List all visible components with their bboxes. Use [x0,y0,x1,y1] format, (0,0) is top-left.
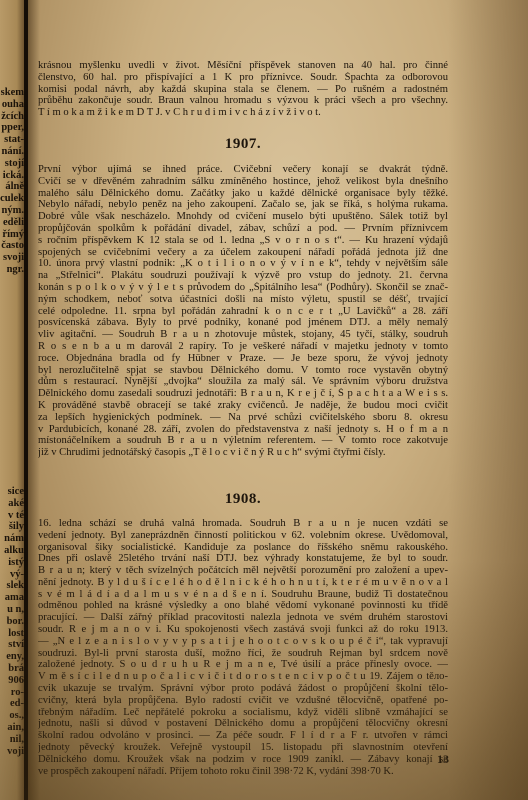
left-page-word-fragment: nám [4,533,24,545]
text-line: Nebylo nářadí, nebylo peněz na jeho zako… [38,199,448,211]
text-line: cvičny, která byla propůjčena. Bylo rado… [38,695,448,707]
left-page-word-fragment: bor. [4,616,24,628]
text-line: za lepších hygienických podmínek. — Na p… [38,412,448,424]
left-page-word-fragment: istý [4,557,24,569]
left-page-fragment-top: skemouhažcíchpper,stat-nání.stojíická.ál… [0,87,24,276]
left-page-word-fragment: často [0,240,24,252]
left-page-word-fragment: voji [4,746,24,758]
page-number: 13 [437,752,449,767]
left-page-word-fragment: svoji [0,252,24,264]
left-page-word-fragment: lost [4,628,24,640]
text-line: místonáčelníkem a soudruh B r a u n výle… [38,435,448,447]
text-line: cvik ukazuje se trvalým. Správní výbor p… [38,683,448,695]
left-page-word-fragment: eny, [4,651,24,663]
text-line: s v é m l á d í a d a l m u s v é n a d … [38,589,448,601]
text-line: vedení jednoty. Byl zaneprázdněn činnost… [38,530,448,542]
text-line: jednotu, našli si důvod v postavení Děln… [38,718,448,730]
section-1907-paragraph: První výbor ujímá se ihned práce. Cvičeb… [38,164,448,459]
text-line: v Pardubicích, konané 28. září, zvolen d… [38,424,448,436]
text-line: dům s restaurací. Nynější „dvojka“ slouž… [38,376,448,388]
section-1908-paragraph: 16. ledna schází se druhá valná hromada.… [38,518,448,778]
left-page-word-fragment: pper, [0,122,24,134]
left-page-fragment-bottom: siceakév téšilynámalkuistývý-slekamau n,… [4,486,24,757]
text-line: komisi podal návrh, aby každá skupina st… [38,84,448,96]
left-page-word-fragment: álně [0,181,24,193]
text-line: byl nerozlučitelně spjat se stavbou Děln… [38,365,448,377]
left-page-word-fragment: nání. [0,146,24,158]
left-page-word-fragment: slek [4,580,24,592]
text-line: nění jednoty. B y l d u š í c e l é h o … [38,577,448,589]
text-line: odměnou pohled na krásné výsledky a ono … [38,600,448,612]
left-page-word-fragment: ngr. [0,264,24,276]
text-line: 10. února prvý vlastní podnik: „K o t i … [38,258,448,270]
left-page-word-fragment: ouha [0,99,24,111]
left-page-word-fragment: 906 [4,675,24,687]
text-line: B r a u n; který v těch svízelných počát… [38,565,448,577]
text-line: — „N e l z e a n i s l o v y v y p s a t… [38,636,448,648]
left-page-word-fragment: ství [4,639,24,651]
text-line: celé odpoledne. 11. srpna byl pořádán za… [38,306,448,318]
text-line: jednoty pěvecký kroužek. Veřejně vystoup… [38,742,448,754]
text-line: První výbor ujímá se ihned práce. Cvičeb… [38,164,448,176]
text-line: malého sálu Dělnického domu. Začátky jak… [38,188,448,200]
text-line: 16. ledna schází se druhá valná hromada.… [38,518,448,530]
text-line: posvícenská zábava. Byly to prvé podniky… [38,317,448,329]
text-line: pracující. — Další zářný příklad pracovi… [38,612,448,624]
text-line: spojených se cvičebními večery a za účel… [38,247,448,259]
text-line: T í m o k a m ž i k e m D T J. v C h r u… [38,107,448,119]
text-line: roce. Objednána bradla od fy Hübner v Pr… [38,353,448,365]
text-line: konán s p o l k o v ý v ý l e t s průvod… [38,282,448,294]
left-page-word-fragment: ným. [0,205,24,217]
left-page-edge: skemouhažcíchpper,stat-nání.stojíická.ál… [0,0,24,800]
text-line: Dělnického domu. Kroužek však na podzim … [38,754,448,766]
left-page-word-fragment: nil, [4,734,24,746]
left-page-word-fragment: ed- [4,698,24,710]
left-page-word-fragment: culek [0,193,24,205]
right-edge-shadow [448,0,528,800]
main-page: krásnou myšlenku uvedli v život. Měsíční… [38,60,448,777]
text-line: založené jednoty. S o u d r u h u R e j … [38,659,448,671]
left-page-word-fragment: ická. [0,170,24,182]
text-line: s ročním příspěvkem K 12 stala se od 1. … [38,235,448,247]
text-line: organisoval šiky socialistické. Kandiduj… [38,542,448,554]
year-heading-1907: 1907. [38,136,448,153]
left-page-word-fragment: brá [4,663,24,675]
text-line: K prováděné stavbě obracejí se také zrak… [38,400,448,412]
intro-paragraph: krásnou myšlenku uvedli v život. Měsíční… [38,60,448,119]
left-page-word-fragment: skem [0,87,24,99]
text-line: ve prospěch zakoupení nářadí. Příjem toh… [38,766,448,778]
text-line: již v Chrudimi jednotářský časopis „T ě … [38,447,448,459]
left-page-word-fragment: v té [4,510,24,522]
left-page-word-fragment: žcích [0,111,24,123]
text-line: na „Střelnici“. Plakátu soudruzi používa… [38,270,448,282]
left-page-word-fragment: eděli [0,217,24,229]
text-line: Cvičí se v dřevěném zahradním sálku zmín… [38,176,448,188]
text-line: V m ě s í c i l e d n u p o č a l i c v … [38,671,448,683]
text-line: školní radou odvoláno v prosinci. — Za p… [38,730,448,742]
text-line: Dobré vůle však nescházelo. Mnohdy od cv… [38,211,448,223]
left-page-word-fragment: stojí [0,158,24,170]
left-page-word-fragment: římý [0,229,24,241]
left-page-word-fragment: sice [4,486,24,498]
left-page-word-fragment: ain, [4,722,24,734]
text-line: soudruzi. Byl-li první starosta duší, mo… [38,648,448,660]
text-line: členstvo, 60 hal. pro přispívající a 1 K… [38,72,448,84]
text-line: ným schodkem, neboť sotva účastníci došl… [38,294,448,306]
text-line: propůjčován spolkům k pořádání divadel, … [38,223,448,235]
left-page-word-fragment: ama [4,592,24,604]
text-line: krásnou myšlenku uvedli v život. Měsíční… [38,60,448,72]
left-page-word-fragment: vý- [4,569,24,581]
book-scan: skemouhažcíchpper,stat-nání.stojíická.ál… [0,0,528,800]
year-heading-1908: 1908. [38,491,448,508]
text-line: průběhu zakončuje soudr. Braun valnou hr… [38,95,448,107]
left-page-word-fragment: šily [4,521,24,533]
left-page-word-fragment: aké [4,498,24,510]
left-page-word-fragment: stat- [0,134,24,146]
left-page-word-fragment: alku [4,545,24,557]
text-line: R o s e n b a u m darovál 2 rapíry. To j… [38,341,448,353]
left-page-word-fragment: ro- [4,687,24,699]
left-page-word-fragment: u n, [4,604,24,616]
text-line: Dělnického domu zasedali soudruzi jednot… [38,388,448,400]
text-line: Dnes při oslavě 25letého trvání naší DTJ… [38,553,448,565]
text-line: vliv agitační. — Soudruh B r a u n zhoto… [38,329,448,341]
left-page-word-fragment: os., [4,710,24,722]
text-line: soudr. R e j m a n o v i. Ku spokojenost… [38,624,448,636]
text-line: třebným nářadím. Leč nepřátelé pokroku a… [38,707,448,719]
